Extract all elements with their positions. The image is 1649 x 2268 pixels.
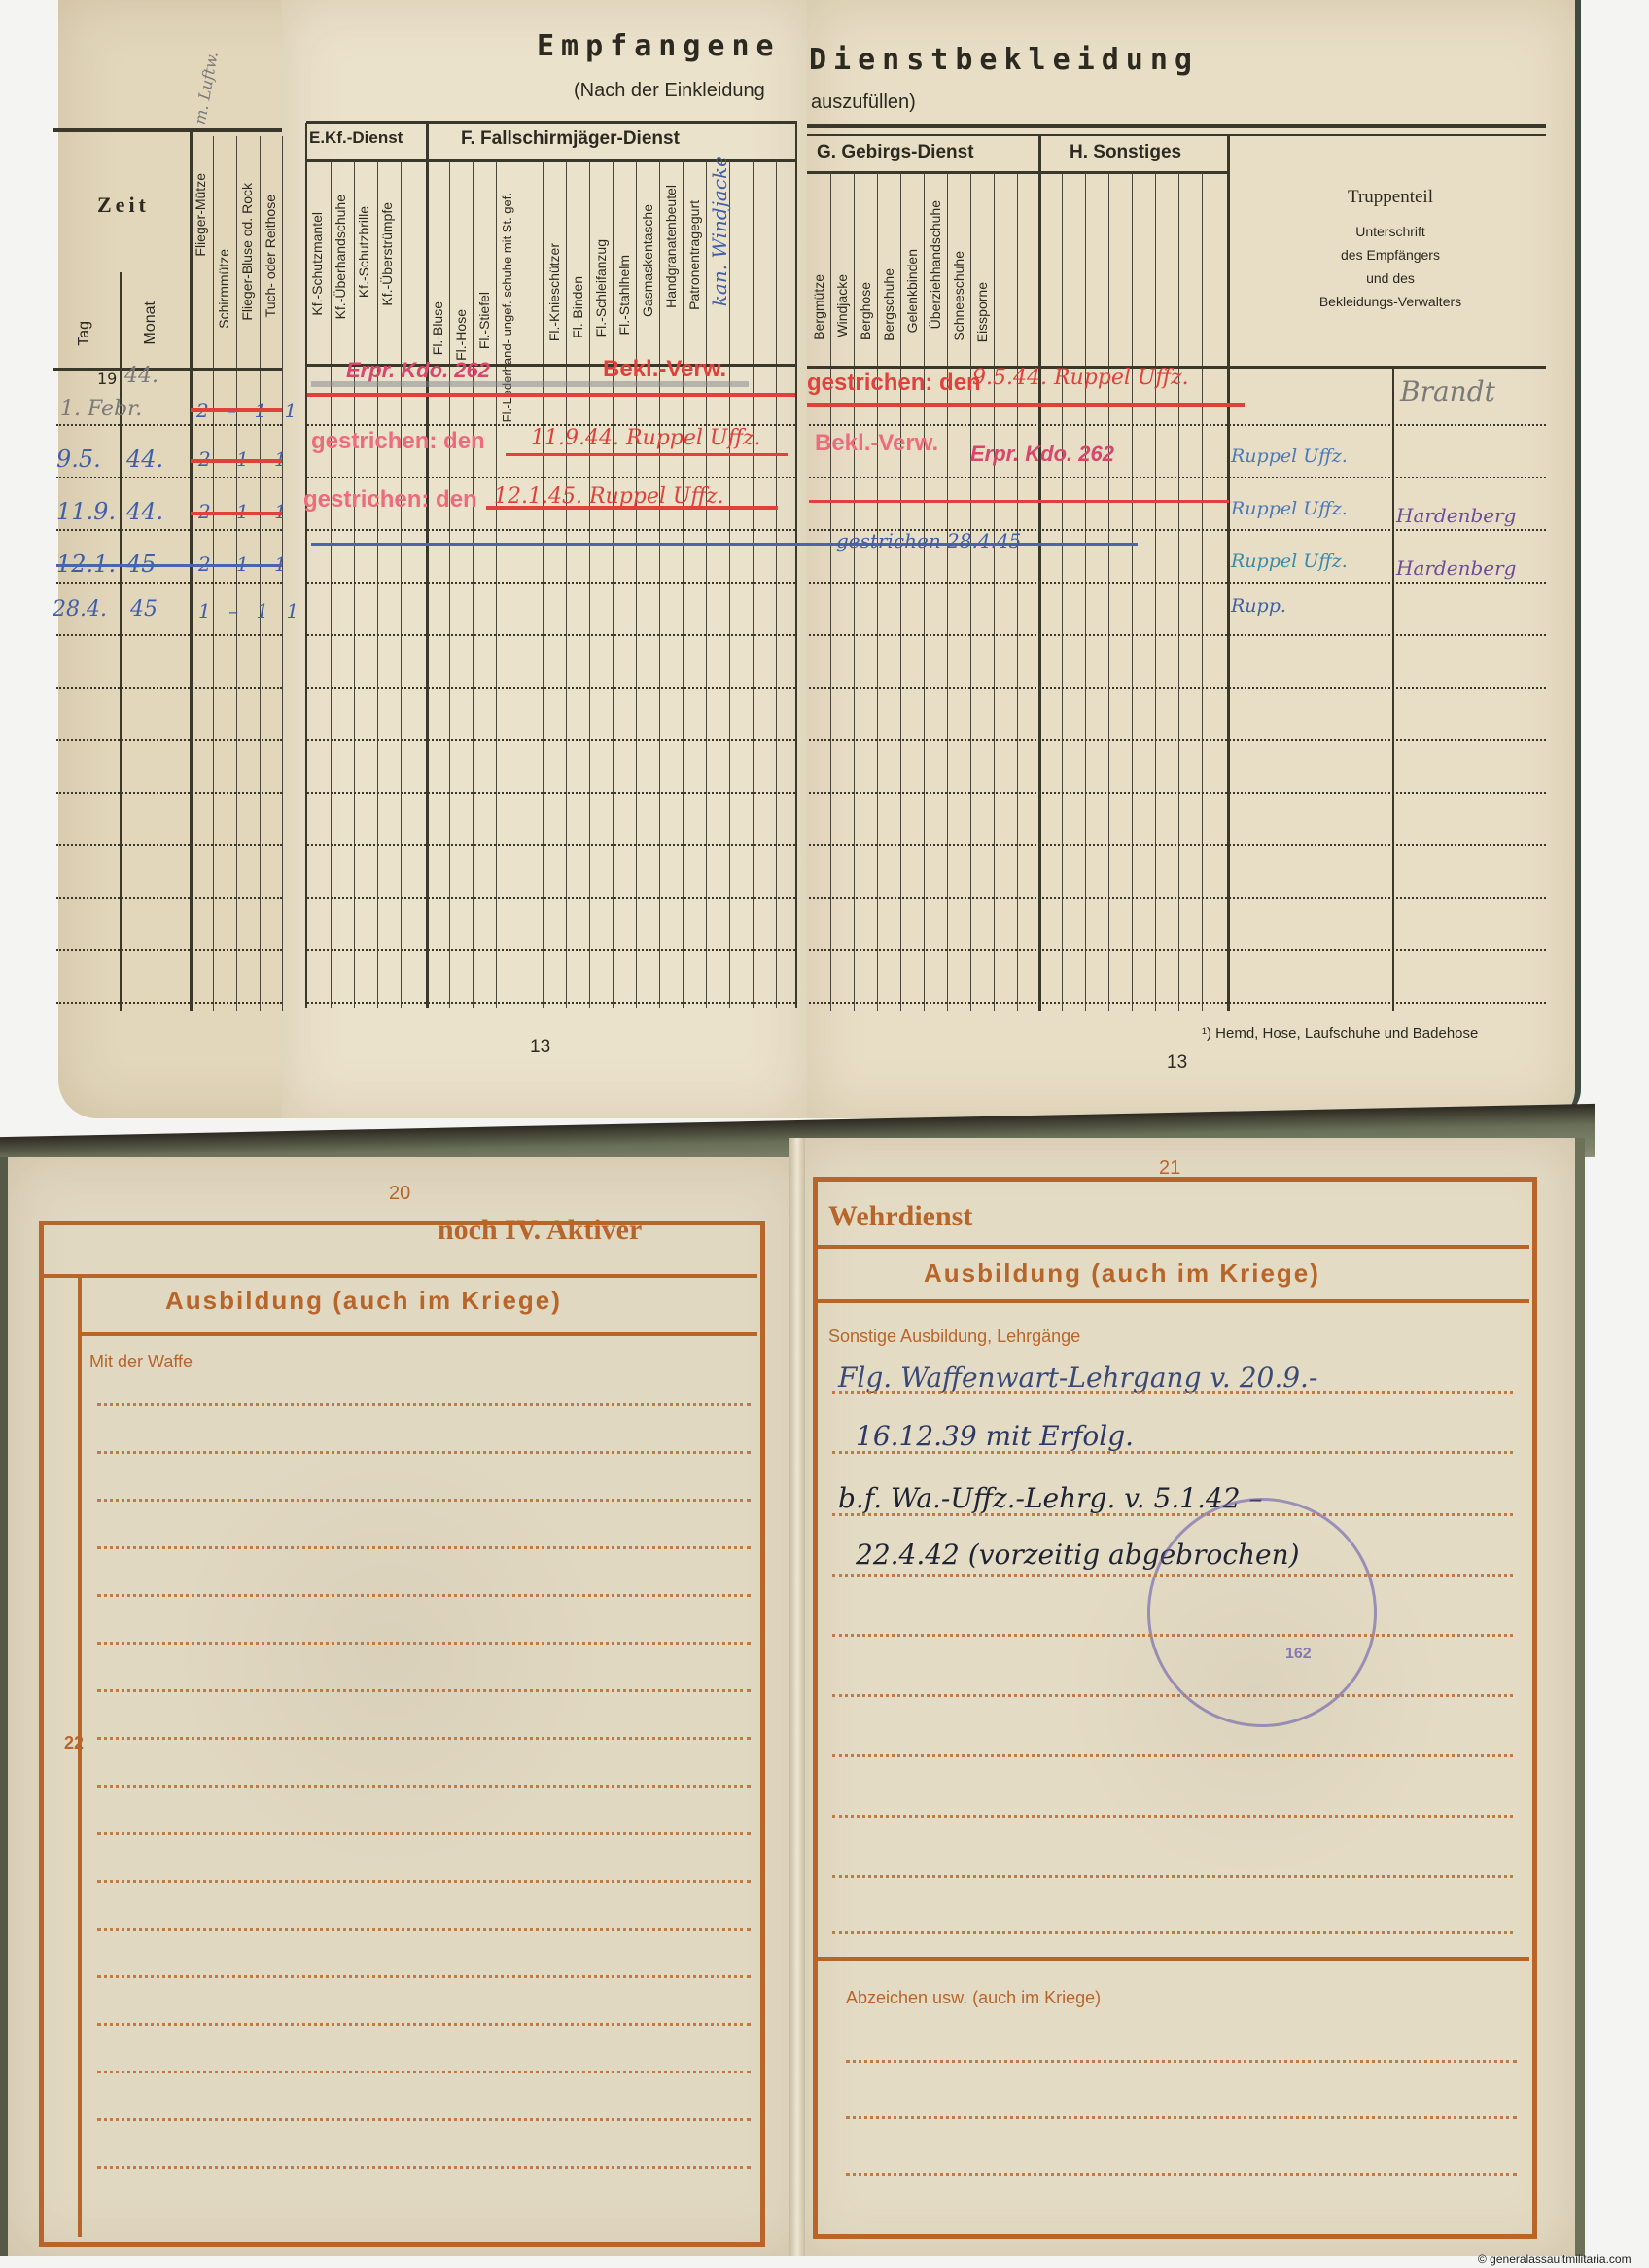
column-divider — [473, 161, 474, 1008]
column-divider — [543, 161, 544, 1008]
writing-line — [832, 1931, 1513, 1934]
writing-line — [97, 1499, 751, 1502]
section-heading: Wehrdienst — [828, 1200, 972, 1233]
row-dots — [56, 739, 282, 741]
row-dots — [809, 844, 1546, 846]
zeit-label: Zeit — [97, 193, 150, 218]
column-divider — [120, 272, 122, 1011]
field-label: Mit der Waffe — [89, 1352, 193, 1372]
unit-stamp: Erpr. Kdo. 262 — [970, 442, 1114, 467]
column-divider — [947, 173, 948, 1011]
writing-line — [832, 1754, 1513, 1757]
subtitle-left: (Nach der Einkleidung — [574, 80, 765, 102]
row-dots — [809, 634, 1546, 636]
column-divider — [830, 173, 831, 1011]
column-header: Tuch- oder Reithose — [263, 195, 278, 317]
column-divider — [795, 123, 797, 1008]
writing-line — [97, 2071, 751, 2073]
training-entry: 16.12.39 mit Erfolg. — [856, 1420, 1134, 1452]
strike-line — [191, 459, 282, 463]
row-dots — [809, 582, 1546, 584]
header-rule — [53, 128, 282, 132]
strike-line — [486, 506, 778, 510]
margin-number: 22 — [64, 1733, 84, 1754]
column-divider — [190, 128, 193, 1011]
column-header: Gasmaskentasche — [640, 204, 655, 317]
row-dots — [307, 687, 795, 689]
section-title: Ausbildung (auch im Kriege) — [165, 1286, 562, 1316]
row-year: 44. — [124, 364, 158, 388]
row-rule — [53, 368, 282, 371]
struck-stamp-prefix: gestrichen: den — [807, 370, 981, 397]
frame-divider — [43, 1274, 757, 1278]
column-divider — [1392, 366, 1394, 1011]
column-divider — [1085, 173, 1086, 1011]
footnote: ¹) Hemd, Hose, Laufschuhe und Badehose — [1202, 1025, 1478, 1042]
writing-line — [832, 1513, 1513, 1516]
monat-label: Monat — [142, 301, 159, 344]
column-header: Gelenkbinden — [904, 249, 920, 333]
column-divider — [900, 173, 901, 1011]
writing-line — [97, 1451, 751, 1454]
row-dots — [56, 582, 282, 584]
administrator-signature: Brandt — [1400, 375, 1495, 408]
frame-divider — [817, 1245, 1529, 1249]
writing-line — [832, 1391, 1513, 1394]
section-h-title: H. Sonstiges — [1070, 142, 1181, 163]
column-divider — [354, 161, 355, 1008]
title-right: Dienstbekleidung — [809, 43, 1199, 77]
row-dots — [809, 897, 1546, 899]
column-divider — [331, 161, 332, 1008]
stamp-text: 162 — [1285, 1646, 1312, 1663]
row-dots — [809, 739, 1546, 741]
row-dots — [307, 529, 795, 531]
row-dots — [307, 1002, 795, 1004]
copyright-notice: © generalassaultmilitaria.com — [1478, 2252, 1631, 2266]
section-f-title: F. Fallschirmjäger-Dienst — [461, 128, 680, 150]
row-date: 28.4. — [53, 597, 107, 621]
column-header: Fl.-Bluse — [430, 301, 445, 355]
column-divider — [753, 161, 754, 1008]
unit-stamp: Erpr. Kdo. 262 — [346, 358, 490, 383]
struck-stamp-prefix: gestrichen: den — [303, 486, 477, 514]
row-dots — [56, 687, 282, 689]
writing-line — [97, 1642, 751, 1645]
column-header: Kf.-Schutzbrille — [356, 206, 371, 298]
column-divider — [377, 161, 378, 1008]
section-heading: noch IV. Aktiver — [438, 1214, 642, 1247]
column-divider — [636, 161, 637, 1008]
truppenteil-line: Bekleidungs-Verwalters — [1264, 290, 1517, 313]
section-title: Ausbildung (auch im Kriege) — [924, 1258, 1320, 1289]
training-entry: Flg. Waffenwart-Lehrgang v. 20.9.- — [838, 1362, 1317, 1394]
column-divider — [426, 123, 429, 1008]
column-divider — [1132, 173, 1133, 1011]
page-number: 20 — [389, 1183, 410, 1205]
struck-handwriting: 9.5.44. Ruppel Uffz. — [972, 366, 1189, 390]
writing-line — [97, 1403, 751, 1406]
column-header: Überziehhandschuhe — [928, 200, 943, 329]
writing-line — [97, 1689, 751, 1692]
row-dots — [307, 949, 795, 951]
column-header: Fl.-Binden — [570, 276, 585, 338]
row-dots — [56, 634, 282, 636]
subtitle-right: auszufüllen) — [811, 91, 916, 114]
column-divider — [496, 161, 497, 1008]
row-dots — [307, 582, 795, 584]
strike-line — [311, 381, 749, 387]
writing-line — [832, 1875, 1513, 1878]
unit-stamp: Bekl.-Verw. — [815, 430, 938, 457]
writing-line — [97, 1546, 751, 1549]
row-dots — [56, 897, 282, 899]
writing-line — [97, 1832, 751, 1835]
row-dots — [307, 792, 795, 794]
unit-stamp: Bekl.-Verw. — [603, 356, 726, 383]
column-divider — [659, 161, 660, 1008]
column-header: Berghose — [858, 282, 873, 340]
administrator-signature: Hardenberg — [1396, 556, 1516, 580]
row-dots — [809, 792, 1546, 794]
section-e-title: E.Kf.-Dienst — [309, 128, 403, 148]
column-divider — [776, 161, 777, 1008]
column-divider — [1155, 173, 1156, 1011]
writing-line — [97, 2023, 751, 2026]
writing-line — [846, 2060, 1517, 2063]
row-dots — [56, 792, 282, 794]
field-label: Abzeichen usw. (auch im Kriege) — [846, 1988, 1101, 2008]
writing-line — [832, 1634, 1513, 1637]
field-label: Sonstige Ausbildung, Lehrgänge — [828, 1327, 1080, 1347]
row-dots — [809, 1002, 1546, 1004]
truppenteil-title: Truppenteil — [1264, 187, 1517, 208]
frame-divider — [817, 1957, 1529, 1961]
column-divider — [566, 161, 567, 1008]
column-header: Eissporne — [974, 282, 990, 342]
column-header: Fl.-Hose — [453, 309, 469, 361]
column-header: Fl.-Lederhand- ungef. schuhe mit St. gef… — [500, 193, 541, 422]
tag-label: Tag — [76, 321, 93, 346]
recipient-signature: Ruppel Uffz. — [1231, 498, 1348, 519]
writing-line — [97, 1928, 751, 1931]
column-divider — [706, 161, 707, 1008]
frame-divider — [80, 1332, 757, 1336]
writing-line — [97, 1737, 751, 1740]
column-header: Flieger-Mütze — [193, 173, 208, 257]
column-header: Handgranatenbeutel — [663, 185, 679, 308]
administrator-signature: Hardenberg — [1396, 504, 1516, 527]
page-number: 13 — [1167, 1052, 1187, 1074]
column-divider — [1108, 173, 1109, 1011]
row-year: 45 — [130, 597, 158, 621]
row-dots — [809, 424, 1546, 426]
column-header: Patronentragegurt — [686, 200, 702, 310]
column-header: Bergmütze — [811, 274, 826, 340]
header-rule — [807, 124, 1546, 128]
column-header: Schirmmütze — [216, 249, 231, 329]
column-header: Kf.-Überhandschuhe — [333, 195, 348, 319]
writing-line — [97, 1975, 751, 1978]
truppenteil-line: Unterschrift — [1264, 220, 1517, 243]
column-divider — [854, 173, 855, 1011]
row-date: 1. Febr. — [60, 397, 142, 421]
strike-line — [809, 500, 1229, 503]
column-divider — [613, 161, 614, 1008]
column-divider — [994, 173, 995, 1011]
writing-line — [846, 2173, 1517, 2176]
frame-divider — [78, 1276, 82, 2237]
column-divider — [683, 161, 684, 1008]
year-prefix: 19 — [97, 370, 117, 388]
column-header: Fl.-Stahlhelm — [616, 255, 632, 335]
struck-handwriting: 11.9.44. Ruppel Uffz. — [531, 426, 761, 450]
recipient-signature: Rupp. — [1231, 595, 1286, 617]
row-year: 44. — [126, 498, 163, 525]
strike-line — [807, 403, 1245, 407]
column-header: Kf.-Überstrümpfe — [379, 202, 395, 306]
official-stamp — [1147, 1498, 1377, 1727]
row-values: 1 – 1 1 — [198, 599, 304, 622]
row-date: 9.5. — [56, 445, 101, 473]
book-spine — [789, 1138, 805, 2256]
recipient-signature: Ruppel Uffz. — [1231, 445, 1348, 467]
column-divider — [1202, 173, 1203, 1011]
writing-line — [832, 1815, 1513, 1818]
strike-line — [191, 408, 282, 412]
column-header: Fl.-Knieschützer — [546, 243, 562, 341]
struck-handwriting: gestrichen 28.4.45 — [836, 529, 1021, 552]
writing-line — [97, 1880, 751, 1883]
column-divider — [924, 173, 925, 1011]
column-divider — [589, 161, 590, 1008]
column-header: Kf.-Schutzmantel — [309, 212, 325, 316]
column-divider — [1227, 136, 1230, 1011]
strike-line — [506, 453, 788, 456]
section-g-title: G. Gebirgs-Dienst — [817, 142, 974, 163]
row-dots — [307, 634, 795, 636]
column-divider — [401, 161, 402, 1008]
strike-line — [307, 393, 795, 397]
row-dots — [56, 424, 282, 426]
row-date: 11.9. — [56, 498, 116, 525]
writing-line — [832, 1574, 1513, 1577]
row-dots — [307, 844, 795, 846]
title-left: Empfangene — [537, 29, 781, 63]
row-dots — [809, 477, 1546, 478]
column-header: Bergschuhe — [881, 268, 896, 341]
truppenteil-line: des Empfängers — [1264, 243, 1517, 266]
row-dots — [56, 844, 282, 846]
training-entry: b.f. Wa.-Uffz.-Lehrg. v. 5.1.42 – — [838, 1482, 1263, 1514]
form-frame — [39, 1221, 765, 2247]
row-year: 44. — [126, 445, 163, 473]
row-dots — [307, 897, 795, 899]
column-header: Flieger-Bluse od. Rock — [239, 183, 255, 321]
strike-line — [56, 564, 282, 567]
struck-stamp-prefix: gestrichen: den — [311, 428, 485, 455]
column-divider — [970, 173, 971, 1011]
column-divider — [1038, 136, 1041, 1011]
row-dots — [809, 949, 1546, 951]
column-header: Windjacke — [834, 274, 850, 337]
row-dots — [809, 687, 1546, 689]
column-divider — [1017, 173, 1018, 1011]
page-number: 13 — [530, 1037, 550, 1058]
column-divider — [877, 173, 878, 1011]
writing-line — [846, 2116, 1517, 2119]
row-dots — [56, 477, 282, 478]
column-divider — [1178, 173, 1179, 1011]
truppenteil-instructions: Unterschrift des Empfängers und des Bekl… — [1264, 220, 1517, 313]
column-divider — [449, 161, 450, 1008]
writing-line — [832, 1694, 1513, 1697]
row-dots — [56, 529, 282, 531]
column-header: Fl.-Stiefel — [476, 292, 492, 349]
writing-line — [97, 2166, 751, 2169]
column-divider — [1062, 173, 1063, 1011]
column-header: Schneeschuhe — [951, 251, 966, 341]
writing-line — [97, 1785, 751, 1788]
column-divider — [305, 123, 307, 1008]
truppenteil-line: und des — [1264, 266, 1517, 290]
row-dots — [56, 949, 282, 951]
writing-line — [832, 1451, 1513, 1454]
handwritten-column-header: kan. Windjacke — [708, 156, 731, 306]
strike-line — [191, 512, 282, 515]
writing-line — [97, 2118, 751, 2121]
row-dots — [56, 1002, 282, 1004]
row-dots — [307, 477, 795, 478]
column-header: Fl.-Schleifanzug — [593, 239, 609, 337]
frame-divider — [817, 1299, 1529, 1303]
writing-line — [97, 1594, 751, 1597]
recipient-signature: Ruppel Uffz. — [1231, 550, 1348, 572]
row-dots — [307, 739, 795, 741]
